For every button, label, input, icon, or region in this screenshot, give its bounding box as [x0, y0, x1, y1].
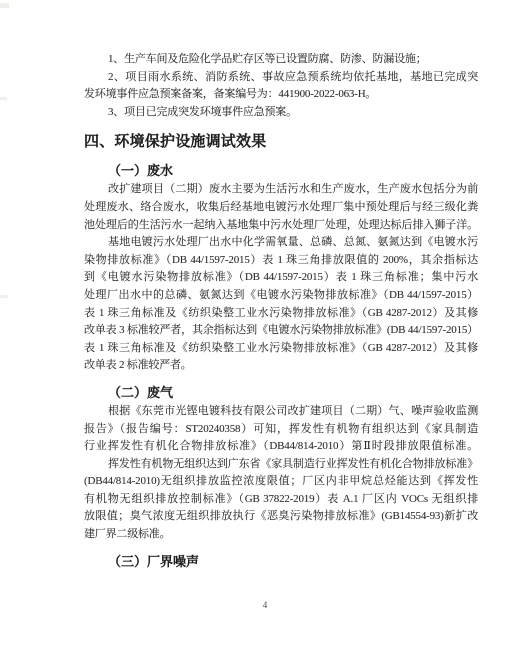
list-item-2-cont: 发环境事件应急预案备案，备案编号为：441900-2022-063-H。 — [84, 86, 478, 104]
scan-artifact — [0, 3, 9, 8]
text-line: 报告》（报告编号：ST20240358）可知，挥发性有机物有组织达到《家具制造 — [84, 421, 478, 439]
scanned-document-page: 1、生产车间及危险化学品贮存区等已设置防腐、防渗、防漏设施；2、项目雨水系统、消… — [0, 0, 530, 650]
list-item-2: 2、项目雨水系统、消防系统、事故应急预系统均依托基地，基地已完成突 — [84, 69, 478, 87]
text-line: 池处理后的生活污水一起纳入基地集中污水处理厂处理，处理达标后排入狮子洋。 — [84, 217, 478, 235]
subsection-heading-wastewater: （一）废水 — [84, 161, 478, 181]
text-line: 表 1 珠三角标准及《纺织染整工业水污染物排放标准》（GB 4287-2012）… — [84, 340, 478, 358]
text-line: 到《电镀水污染物排放标准》（DB 44/1597-2015）表 1 珠三角标准；… — [84, 269, 478, 287]
text-line: 改单表 3 标准较严者，其余指标达到《电镀水污染物排放标准》(DB 44/159… — [84, 322, 478, 340]
text-line: (DB44/814-2010)无组织排放监控浓度限值；厂区内非甲烷总烃能达到《挥… — [84, 473, 478, 491]
subsection-heading-waste-gas: （二）废气 — [84, 383, 478, 403]
text-line: 有机物无组织排放控制标准》（GB 37822-2019）表 A.1 厂区内 VO… — [84, 491, 478, 509]
list-item-1: 1、生产车间及危险化学品贮存区等已设置防腐、防渗、防漏设施； — [84, 51, 478, 69]
text-line: 处理废水、络合废水，收集后经基地电镀污水处理厂集中预处理后与经三级化粪 — [84, 199, 478, 217]
text-line: 根据《东莞市光铿电镀科技有限公司改扩建项目（二期）气、噪声验收监测 — [84, 403, 478, 421]
section-heading-4: 四、环境保护设施调试效果 — [84, 131, 478, 153]
text-line: 基地电镀污水处理厂出水中化学需氧量、总磷、总氮、氨氮达到《电镀水污 — [84, 234, 478, 252]
text-line: 放限值；臭气浓度无组织排放执行《恶臭污染物排放标准》(GB14554-93)新扩… — [84, 508, 478, 526]
text-line: 行业挥发性有机化合物排放标准》（DB44/814-2010）第Ⅱ时段排放限值标准… — [84, 438, 478, 456]
page-number: 4 — [0, 600, 530, 610]
document-body: 1、生产车间及危险化学品贮存区等已设置防腐、防渗、防漏设施；2、项目雨水系统、消… — [84, 51, 478, 572]
text-line: 处理厂出水中的总磷、氨氮达到《电镀水污染物排放标准》（DB 44/1597-20… — [84, 287, 478, 305]
text-line: 挥发性有机物无组织达到广东省《家具制造行业挥发性有机化合物排放标准》 — [84, 456, 478, 474]
scan-artifact — [0, 97, 7, 100]
text-line: 建厂界二级标准。 — [84, 526, 478, 544]
scan-artifact — [0, 295, 8, 298]
text-line: 改扩建项目（二期）废水主要为生活污水和生产废水，生产废水包括分为前 — [84, 181, 478, 199]
subsection-heading-boundary-noise: （三）厂界噪声 — [84, 552, 478, 572]
text-line: 染物排放标准》（DB 44/1597-2015）表 1 珠三角排放限值的 200… — [84, 252, 478, 270]
text-line: 改单表 2 标准较严者。 — [84, 357, 478, 375]
text-line: 表 1 珠三角标准及《纺织染整工业水污染物排放标准》（GB 4287-2012）… — [84, 305, 478, 323]
list-item-3: 3、项目已完成突发环境事件应急预案。 — [84, 104, 478, 122]
